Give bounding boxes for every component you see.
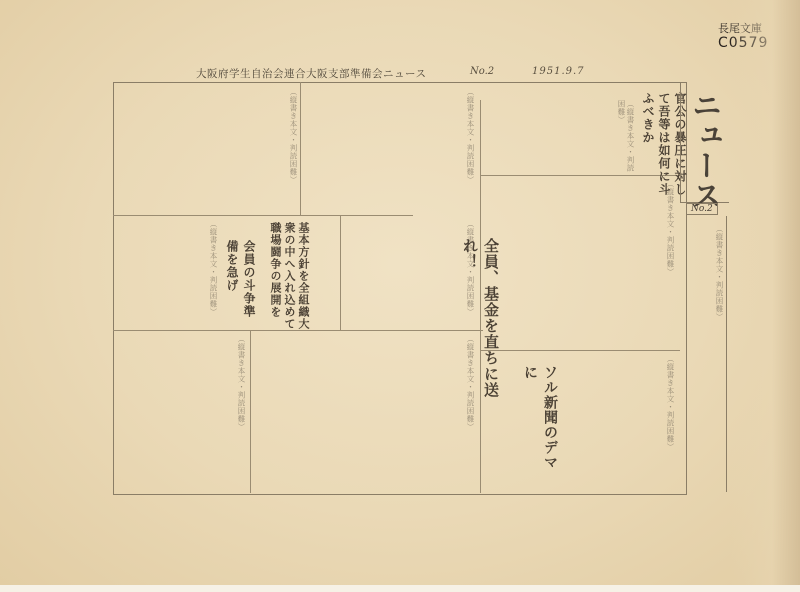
article-body: （縦書き本文・判読困難） <box>575 355 675 490</box>
archive-stamp-label: 長尾文庫 <box>718 22 778 36</box>
article-body: （縦書き本文・判読困難） <box>118 220 218 328</box>
nameplate-issue-no: No.2 <box>686 203 718 215</box>
article-body: （縦書き本文・判読困難） <box>688 225 724 487</box>
archive-stamp-code: C0579 <box>718 36 778 50</box>
article-body: （縦書き本文・判読困難） <box>118 88 298 212</box>
article-body: （縦書き本文・判読困難） <box>485 180 675 345</box>
article-body: （縦書き本文・判読困難） <box>118 335 246 490</box>
masthead-date: 1951.9.7 <box>532 66 585 77</box>
masthead-title: 大阪府学生自治会連合大阪支部準備会ニュース <box>196 66 426 81</box>
section-rule <box>113 215 413 216</box>
column-rule <box>340 215 341 330</box>
masthead-issue-no: No.2 <box>470 66 494 77</box>
headline-members: 会員の斗争準備を急げ <box>224 240 258 325</box>
newspaper-sheet: 長尾文庫 C0579 大阪府学生自治会連合大阪支部準備会ニュース No.2 19… <box>0 0 800 585</box>
section-rule <box>480 350 680 351</box>
article-body: （縦書き本文・判読困難） <box>485 100 635 172</box>
column-rule <box>250 330 251 493</box>
headline-policy: 基本方針を全組織大衆の中へ入れ込めて職場闘争の展開を <box>268 222 310 332</box>
article-body: （縦書き本文・判読困難） <box>305 88 475 212</box>
article-body: （縦書き本文・判読困難） <box>255 335 475 490</box>
archive-stamp: 長尾文庫 C0579 <box>718 22 778 50</box>
headline-fund: 全員、基金を直ちに送れ！ <box>460 238 502 408</box>
headline-rebuttal: ソル新聞のデマに <box>520 365 560 475</box>
article-body: （縦書き本文・判読困難） <box>345 220 475 328</box>
nameplate-title: ニュース <box>686 90 720 210</box>
column-rule <box>300 82 301 215</box>
